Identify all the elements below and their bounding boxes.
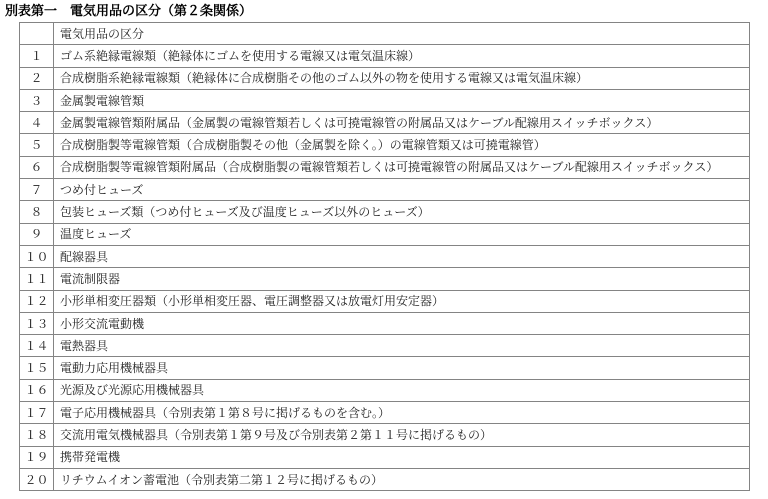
table-row: １２小形単相変圧器類（小形単相変圧器、電圧調整器又は放電灯用安定器） <box>20 290 750 312</box>
row-category-cell: リチウムイオン蓄電池（令別表第二第１２号に掲げるもの） <box>54 468 750 490</box>
row-category-cell: 包装ヒューズ類（つめ付ヒューズ及び温度ヒューズ以外のヒューズ） <box>54 201 750 223</box>
table-header-row: 電気用品の区分 <box>20 23 750 45</box>
row-number-cell: １ <box>20 45 54 67</box>
table-row: ９温度ヒューズ <box>20 223 750 245</box>
row-number-cell: ２ <box>20 67 54 89</box>
row-category-cell: 電動力応用機械器具 <box>54 357 750 379</box>
row-number-cell: １３ <box>20 312 54 334</box>
row-category-cell: 電熱器具 <box>54 335 750 357</box>
table-row: １５電動力応用機械器具 <box>20 357 750 379</box>
row-category-cell: 合成樹脂製等電線管類附属品（合成樹脂製の電線管類若しくは可撓電線管の附属品又はケ… <box>54 156 750 178</box>
row-number-cell: １２ <box>20 290 54 312</box>
row-number-cell: １７ <box>20 402 54 424</box>
row-category-cell: 交流用電気機械器具（令別表第１第９号及び令別表第２第１１号に掲げるもの） <box>54 424 750 446</box>
table-row: １８交流用電気機械器具（令別表第１第９号及び令別表第２第１１号に掲げるもの） <box>20 424 750 446</box>
row-number-cell: １６ <box>20 379 54 401</box>
row-number-cell: ７ <box>20 179 54 201</box>
page-title: 別表第一 電気用品の区分（第２条関係） <box>0 0 768 22</box>
row-category-cell: つめ付ヒューズ <box>54 179 750 201</box>
table-row: １７電子応用機械器具（令別表第１第８号に掲げるものを含む。） <box>20 402 750 424</box>
row-category-cell: 合成樹脂製等電線管類（合成樹脂製その他（金属製を除く。）の電線管類又は可撓電線管… <box>54 134 750 156</box>
row-category-cell: ゴム系絶縁電線類（絶縁体にゴムを使用する電線又は電気温床線） <box>54 45 750 67</box>
row-number-cell: ６ <box>20 156 54 178</box>
row-number-cell: ５ <box>20 134 54 156</box>
row-number-cell: ３ <box>20 89 54 111</box>
row-category-cell: 光源及び光源応用機械器具 <box>54 379 750 401</box>
table-row: ２合成樹脂系絶縁電線類（絶縁体に合成樹脂その他のゴム以外の物を使用する電線又は電… <box>20 67 750 89</box>
table-row: １４電熱器具 <box>20 335 750 357</box>
row-category-cell: 金属製電線管類附属品（金属製の電線管類若しくは可撓電線管の附属品又はケーブル配線… <box>54 112 750 134</box>
table-row: ２０リチウムイオン蓄電池（令別表第二第１２号に掲げるもの） <box>20 468 750 490</box>
row-number-cell: １８ <box>20 424 54 446</box>
row-category-cell: 小形交流電動機 <box>54 312 750 334</box>
row-category-cell: 電気用品の区分 <box>54 23 750 45</box>
table-row: ５合成樹脂製等電線管類（合成樹脂製その他（金属製を除く。）の電線管類又は可撓電線… <box>20 134 750 156</box>
row-category-cell: 合成樹脂系絶縁電線類（絶縁体に合成樹脂その他のゴム以外の物を使用する電線又は電気… <box>54 67 750 89</box>
row-number-cell: ９ <box>20 223 54 245</box>
row-category-cell: 電子応用機械器具（令別表第１第８号に掲げるものを含む。） <box>54 402 750 424</box>
row-category-cell: 金属製電線管類 <box>54 89 750 111</box>
row-number-cell: ４ <box>20 112 54 134</box>
row-category-cell: 配線器具 <box>54 245 750 267</box>
row-category-cell: 温度ヒューズ <box>54 223 750 245</box>
table-row: １０配線器具 <box>20 245 750 267</box>
row-number-cell: １４ <box>20 335 54 357</box>
row-category-cell: 電流制限器 <box>54 268 750 290</box>
table-row: １６光源及び光源応用機械器具 <box>20 379 750 401</box>
row-category-cell: 携帯発電機 <box>54 446 750 468</box>
table-row: １１電流制限器 <box>20 268 750 290</box>
row-number-cell <box>20 23 54 45</box>
table-body: 電気用品の区分１ゴム系絶縁電線類（絶縁体にゴムを使用する電線又は電気温床線）２合… <box>20 23 750 491</box>
table-row: １９携帯発電機 <box>20 446 750 468</box>
row-number-cell: １０ <box>20 245 54 267</box>
table-row: ７つめ付ヒューズ <box>20 179 750 201</box>
row-category-cell: 小形単相変圧器類（小形単相変圧器、電圧調整器又は放電灯用安定器） <box>54 290 750 312</box>
table-row: １ゴム系絶縁電線類（絶縁体にゴムを使用する電線又は電気温床線） <box>20 45 750 67</box>
appliance-category-table: 電気用品の区分１ゴム系絶縁電線類（絶縁体にゴムを使用する電線又は電気温床線）２合… <box>19 22 750 491</box>
row-number-cell: １５ <box>20 357 54 379</box>
row-number-cell: １９ <box>20 446 54 468</box>
table-row: １３小形交流電動機 <box>20 312 750 334</box>
document-page: 別表第一 電気用品の区分（第２条関係） 電気用品の区分１ゴム系絶縁電線類（絶縁体… <box>0 0 768 499</box>
table-row: ６合成樹脂製等電線管類附属品（合成樹脂製の電線管類若しくは可撓電線管の附属品又は… <box>20 156 750 178</box>
row-number-cell: １１ <box>20 268 54 290</box>
table-row: ３金属製電線管類 <box>20 89 750 111</box>
row-number-cell: ２０ <box>20 468 54 490</box>
table-row: ４金属製電線管類附属品（金属製の電線管類若しくは可撓電線管の附属品又はケーブル配… <box>20 112 750 134</box>
row-number-cell: ８ <box>20 201 54 223</box>
table-row: ８包装ヒューズ類（つめ付ヒューズ及び温度ヒューズ以外のヒューズ） <box>20 201 750 223</box>
